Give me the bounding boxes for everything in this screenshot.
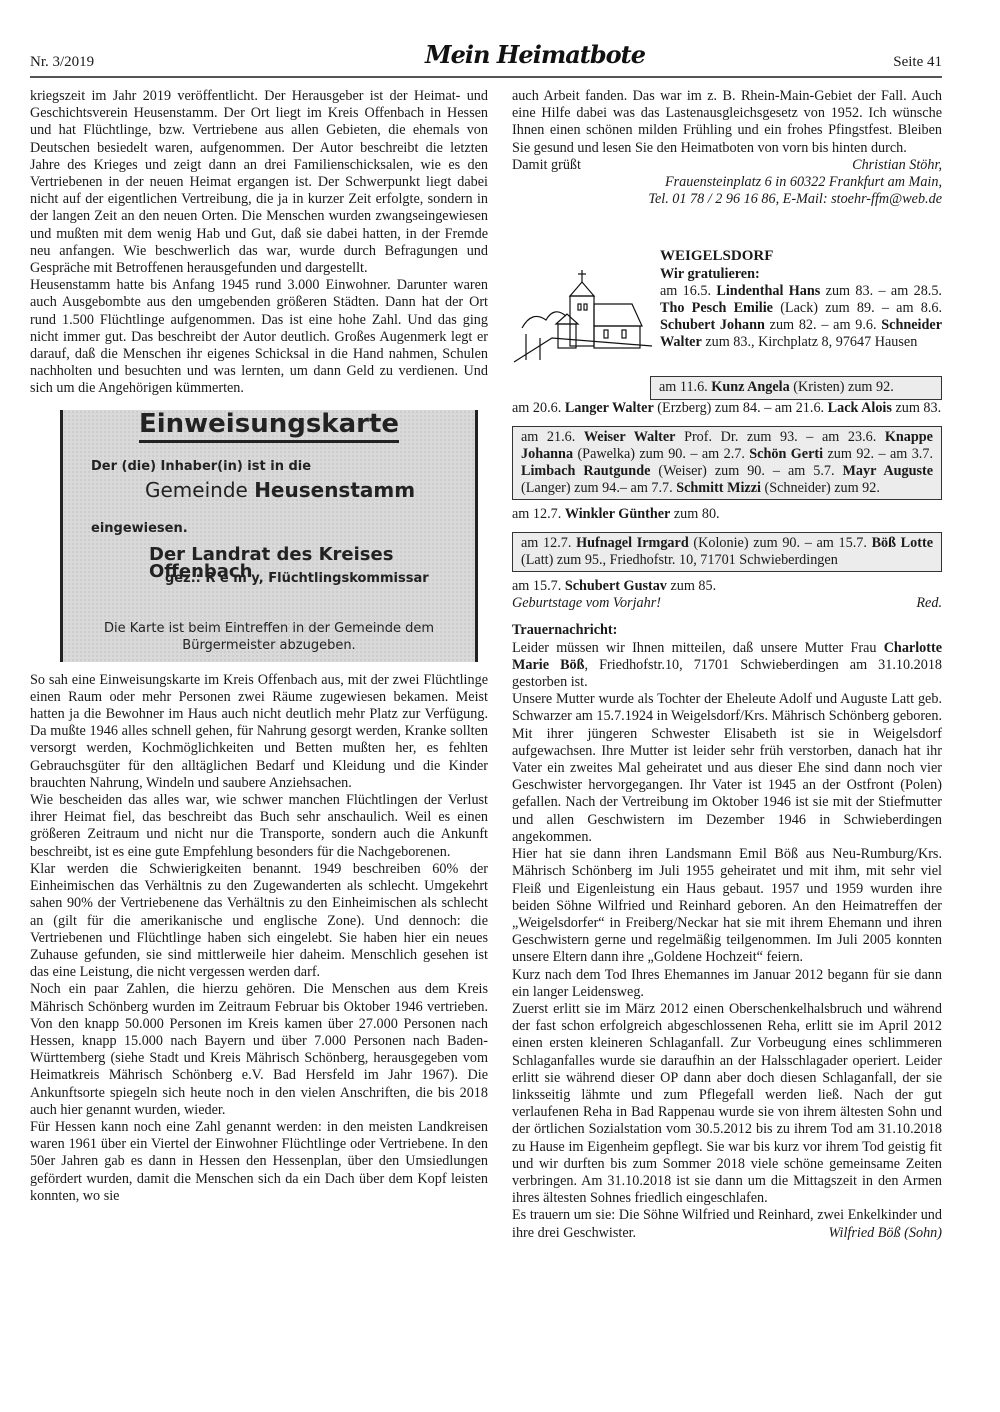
page-header: Nr. 3/2019 Mein Heimatbote Seite 41 — [30, 40, 942, 78]
person-name: Schön Gerti — [749, 446, 823, 462]
person-name: Lindenthal Hans — [716, 283, 820, 299]
right-column: auch Arbeit fanden. Das war im z. B. Rhe… — [512, 88, 942, 1242]
birthday-box: am 12.7. Hufnagel Irmgard (Kolonie) zum … — [512, 532, 942, 572]
person-name: Schubert Johann — [660, 317, 765, 333]
editor-signature: Red. — [916, 595, 942, 612]
left-column: kriegszeit im Jahr 2019 veröffentlicht. … — [30, 88, 488, 1205]
church-illustration-icon — [512, 268, 652, 368]
weigelsdorf-intro: WEIGELSDORF Wir gratulieren: am 16.5. Li… — [660, 248, 942, 351]
birthday-list: am 16.5. Lindenthal Hans zum 83. – am 28… — [660, 283, 942, 352]
person-name: Tho Pesch Emilie — [660, 300, 773, 316]
signoff: Damit grüßt Christian Stöhr, — [512, 157, 942, 174]
greeting: Damit grüßt — [512, 157, 581, 174]
paragraph: Noch ein paar Zahlen, die hierzu gehören… — [30, 981, 488, 1119]
person-name: Lack Alois — [828, 400, 892, 416]
paragraph: Wie bescheiden das alles war, wie schwer… — [30, 792, 488, 861]
person-name: Hufnagel Irmgard — [576, 535, 689, 551]
paragraph: Hier hat sie dann ihren Landsmann Emil B… — [512, 846, 942, 966]
author-address: Frauensteinplatz 6 in 60322 Frankfurt am… — [512, 174, 942, 191]
person-name: Schubert Gustav — [565, 578, 667, 594]
birthday-entry: am 15.7. Schubert Gustav zum 85. — [512, 578, 942, 595]
issue-number: Nr. 3/2019 — [30, 54, 94, 71]
person-name: Böß Lotte — [872, 535, 933, 551]
birthday-entry: am 20.6. Langer Walter (Erzberg) zum 84.… — [512, 400, 942, 417]
birthday-entry: am 12.7. Winkler Günther zum 80. — [512, 506, 942, 523]
paragraph: Es trauern um sie: Die Söhne Wilfried un… — [512, 1207, 942, 1241]
card-line: eingewiesen. — [91, 520, 188, 537]
section-title: WEIGELSDORF — [660, 248, 942, 265]
person-name: Weiser Walter — [584, 429, 676, 445]
paragraph: auch Arbeit fanden. Das war im z. B. Rhe… — [512, 88, 942, 157]
masthead-logo: Mein Heimatbote — [425, 40, 645, 69]
obituary-title: Trauernachricht: — [512, 622, 942, 639]
page-number: Seite 41 — [893, 54, 942, 71]
person-name: Kunz Angela — [711, 379, 789, 395]
paragraph: Klar werden die Schwierigkeiten benannt.… — [30, 861, 488, 981]
einweisungskarte-image: Einweisungskarte Der (die) Inhaber(in) i… — [60, 410, 478, 662]
card-title: Einweisungskarte — [63, 416, 475, 433]
paragraph: Leider müssen wir Ihnen mitteilen, daß u… — [512, 640, 942, 692]
author-contact: Tel. 01 78 / 2 96 16 86, E-Mail: stoehr-… — [512, 191, 942, 208]
person-name: Schmitt Mizzi — [676, 480, 761, 496]
paragraph: Zuerst erlitt sie im März 2012 einen Obe… — [512, 1001, 942, 1207]
birthday-box: am 11.6. Kunz Angela (Kristen) zum 92. — [650, 376, 942, 399]
author-name: Christian Stöhr, — [852, 157, 942, 174]
birthday-box: am 21.6. Weiser Walter Prof. Dr. zum 93.… — [512, 426, 942, 501]
paragraph: kriegszeit im Jahr 2019 veröffentlicht. … — [30, 88, 488, 277]
header-rule — [30, 76, 942, 78]
card-line: Die Karte ist beim Eintreffen in der Gem… — [63, 620, 475, 654]
congrats-heading: Wir gratulieren: — [660, 266, 942, 283]
card-line: Der (die) Inhaber(in) ist in die — [91, 458, 311, 475]
person-name: Mayr Auguste — [843, 463, 933, 479]
obituary-signature: Wilfried Böß (Sohn) — [829, 1225, 943, 1242]
person-name: Langer Walter — [565, 400, 654, 416]
card-line: Gemeinde Heusenstamm — [145, 482, 415, 499]
person-name: Limbach Rautgunde — [521, 463, 650, 479]
paragraph: Unsere Mutter wurde als Tochter der Ehel… — [512, 691, 942, 846]
paragraph: Kurz nach dem Tod Ihres Ehemannes im Jan… — [512, 967, 942, 1001]
paragraph: So sah eine Einweisungskarte im Kreis Of… — [30, 672, 488, 792]
paragraph: Für Hessen kann noch eine Zahl genannt w… — [30, 1119, 488, 1205]
person-name: Winkler Günther — [565, 506, 671, 522]
birthday-note: Geburtstage vom Vorjahr! Red. — [512, 595, 942, 612]
card-line: gez.: R e m y, Flüchtlingskommissar — [165, 570, 429, 587]
weigelsdorf-section: WEIGELSDORF Wir gratulieren: am 16.5. Li… — [512, 248, 942, 368]
paragraph: Heusenstamm hatte bis Anfang 1945 rund 3… — [30, 277, 488, 397]
